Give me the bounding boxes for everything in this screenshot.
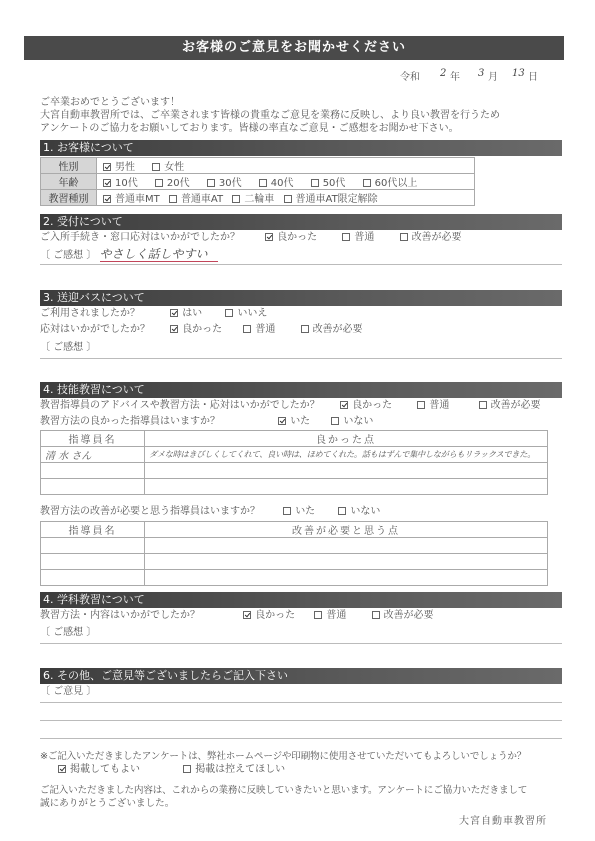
- good-points-header: 良かった点: [145, 431, 548, 447]
- improve-instructor-yes-option[interactable]: いた: [283, 505, 315, 519]
- instructor-advice-good-option[interactable]: 良かった: [340, 399, 392, 413]
- good-instructor-no-option[interactable]: いない: [331, 415, 373, 429]
- comment-line[interactable]: [40, 720, 562, 721]
- good-instructor-row: 教習方法の良かった指導員はいますか？ いた いない: [40, 415, 387, 429]
- age-row: 年齢 10代 20代 30代 40代 50代 60代以上: [41, 174, 475, 190]
- classroom-comment-label: 〔 ご感想 〕: [40, 627, 96, 638]
- good-points-cell[interactable]: ダメな時はきびしくしてくれて、良い時は、ほめてくれた。話もはずんで集中しながらも…: [145, 447, 548, 463]
- age-20s-option[interactable]: 20代: [155, 174, 190, 189]
- intro-line-2: 大宮自動車教習所では、ご卒業されます皆様の貴重なご意見を業務に反映し、より良い教…: [40, 109, 500, 122]
- improve-instructor-table: 指導員名 改善が必要と思う点: [40, 521, 548, 586]
- publish-question: ※ご記入いただきましたアンケートは、弊社ホームページや印刷物に使用させていただい…: [40, 750, 526, 764]
- reception-normal-option[interactable]: 普通: [342, 231, 374, 245]
- checkbox-icon[interactable]: [417, 401, 425, 409]
- age-30s-option[interactable]: 30代: [207, 174, 242, 189]
- bus-usage-yes-option[interactable]: はい: [170, 307, 202, 321]
- table-header-row: 指導員名 改善が必要と思う点: [41, 522, 548, 538]
- table-row: [41, 538, 548, 554]
- table-row: [41, 570, 548, 586]
- age-40s-option[interactable]: 40代: [259, 174, 294, 189]
- bus-service-good-option[interactable]: 良かった: [170, 323, 222, 337]
- checkbox-icon[interactable]: [152, 163, 160, 171]
- classroom-comment-row: 〔 ご感想 〕: [40, 626, 96, 640]
- improve-points-cell[interactable]: [145, 554, 548, 570]
- checkbox-checked-icon[interactable]: [278, 417, 286, 425]
- age-60s-option[interactable]: 60代以上: [363, 174, 418, 189]
- section-customer-header: 1. お客様について: [40, 140, 562, 156]
- gender-row: 性別 男性 女性: [41, 158, 475, 174]
- checkbox-icon[interactable]: [284, 195, 292, 203]
- section-other-opinions-header: 6. その他、ご意見等ございましたらご記入下さい: [40, 668, 562, 684]
- bus-service-row: 応対はいかがでしたか？ 良かった 普通 改善が必要: [40, 323, 377, 337]
- reception-good-option[interactable]: 良かった: [265, 231, 317, 245]
- improve-instructor-no-option[interactable]: いない: [338, 505, 380, 519]
- comment-line[interactable]: [40, 702, 562, 703]
- instructor-advice-question: 教習指導員のアドバイスや教習方法・応対はいかがでしたか？: [40, 399, 337, 413]
- date-year-unit: 年: [450, 68, 460, 83]
- checkbox-icon[interactable]: [243, 325, 251, 333]
- good-points-cell[interactable]: [145, 479, 548, 495]
- thanks-line-2: 誠にありがとうございました。: [40, 797, 174, 811]
- divider: [40, 358, 562, 359]
- table-row: [41, 554, 548, 570]
- reception-question-row: ご入所手続き・窓口応対はいかがでしたか？ 良かった 普通 改善が必要: [40, 231, 476, 245]
- bus-comment-label: 〔 ご感想 〕: [40, 342, 96, 353]
- classroom-question: 教習方法・内容はいかがでしたか？: [40, 609, 240, 623]
- good-instructor-question: 教習方法の良かった指導員はいますか？: [40, 415, 275, 429]
- bus-comment-row: 〔 ご感想 〕: [40, 341, 96, 355]
- instructor-advice-improve-option[interactable]: 改善が必要: [479, 399, 541, 413]
- checkbox-checked-icon[interactable]: [58, 765, 66, 773]
- checkbox-icon[interactable]: [363, 179, 371, 187]
- table-row: [41, 479, 548, 495]
- divider: [40, 264, 562, 265]
- classroom-question-row: 教習方法・内容はいかがでしたか？ 良かった 普通 改善が必要: [40, 609, 448, 623]
- other-comment-row: 〔 ご意見 〕: [40, 685, 96, 699]
- school-signature: 大宮自動車教習所: [459, 812, 547, 827]
- reception-comment-field[interactable]: やさしく話しやすい: [100, 247, 218, 262]
- bus-usage-no-option[interactable]: いいえ: [225, 307, 267, 321]
- classroom-improve-option[interactable]: 改善が必要: [372, 609, 434, 623]
- bus-usage-question: ご利用されましたか？: [40, 307, 167, 321]
- instructor-name-cell[interactable]: [41, 463, 145, 479]
- improve-points-cell[interactable]: [145, 570, 548, 586]
- instructor-name-header: 指導員名: [41, 431, 145, 447]
- table-row: 清 水 さん ダメな時はきびしくしてくれて、良い時は、ほめてくれた。話もはずんで…: [41, 447, 548, 463]
- checkbox-icon[interactable]: [283, 507, 291, 515]
- form-title: お客様のご意見をお聞かせください: [24, 36, 564, 60]
- checkbox-icon[interactable]: [155, 179, 163, 187]
- date-era: 令和: [400, 68, 420, 83]
- checkbox-icon[interactable]: [301, 325, 309, 333]
- section-reception-header: 2. 受付について: [40, 214, 562, 230]
- checkbox-checked-icon[interactable]: [265, 233, 273, 241]
- checkbox-checked-icon[interactable]: [103, 195, 111, 203]
- date-day-unit: 日: [528, 68, 538, 83]
- checkbox-icon[interactable]: [311, 179, 319, 187]
- improve-points-cell[interactable]: [145, 538, 548, 554]
- instructor-name-cell[interactable]: [41, 570, 145, 586]
- publish-allow-option[interactable]: 掲載してもよい: [58, 763, 140, 777]
- intro-greeting: ご卒業おめでとうございます！: [40, 96, 180, 109]
- checkbox-checked-icon[interactable]: [243, 611, 251, 619]
- section-shuttle-bus-header: 3. 送迎バスについて: [40, 290, 562, 306]
- instructor-name-cell[interactable]: [41, 554, 145, 570]
- checkbox-icon[interactable]: [169, 195, 177, 203]
- bus-service-improve-option[interactable]: 改善が必要: [301, 323, 363, 337]
- course-type-label: 教習種別: [41, 190, 97, 206]
- date-year[interactable]: 2: [440, 68, 446, 79]
- checkbox-checked-icon[interactable]: [170, 325, 178, 333]
- good-points-cell[interactable]: [145, 463, 548, 479]
- divider: [40, 643, 562, 644]
- classroom-normal-option[interactable]: 普通: [314, 609, 346, 623]
- good-instructor-yes-option[interactable]: いた: [278, 415, 310, 429]
- gender-male-option[interactable]: 男性: [103, 158, 135, 173]
- table-row: [41, 463, 548, 479]
- course-motorcycle-option[interactable]: 二輪車: [232, 190, 274, 205]
- date-month-unit: 月: [488, 68, 498, 83]
- checkbox-icon[interactable]: [479, 401, 487, 409]
- checkbox-icon[interactable]: [372, 611, 380, 619]
- gender-label: 性別: [41, 158, 97, 174]
- reception-comment-row: 〔 ご感想 〕 やさしく話しやすい: [40, 247, 218, 263]
- bus-usage-row: ご利用されましたか？ はい いいえ: [40, 307, 281, 321]
- checkbox-checked-icon[interactable]: [103, 163, 111, 171]
- checkbox-icon[interactable]: [183, 765, 191, 773]
- comment-line[interactable]: [40, 738, 562, 739]
- date-day[interactable]: 13: [512, 68, 525, 79]
- checkbox-icon[interactable]: [232, 195, 240, 203]
- checkbox-checked-icon[interactable]: [340, 401, 348, 409]
- section-classroom-lesson-header: 4. 学科教習について: [40, 592, 562, 608]
- publish-options-row: 掲載してもよい 掲載は控えてほしい: [58, 763, 299, 777]
- bus-service-question: 応対はいかがでしたか？: [40, 323, 167, 337]
- thanks-line-1: ご記入いただきました内容は、これからの業務に反映していきたいと思います。アンケー…: [40, 784, 527, 798]
- instructor-name-cell[interactable]: 清 水 さん: [41, 447, 145, 463]
- checkbox-icon[interactable]: [259, 179, 267, 187]
- section-driving-lesson-header: 4. 技能教習について: [40, 382, 562, 398]
- checkbox-icon[interactable]: [225, 309, 233, 317]
- intro-line-3: アンケートのご協力をお願いしております。皆様の率直なご意見・ご感想をお聞かせ下さ…: [40, 122, 459, 135]
- course-type-row: 教習種別 普通車MT 普通車AT 二輪車 普通車AT限定解除: [41, 190, 475, 206]
- other-comment-label: 〔 ご意見 〕: [40, 686, 96, 697]
- checkbox-icon[interactable]: [342, 233, 350, 241]
- age-label: 年齢: [41, 174, 97, 190]
- good-instructor-table: 指導員名 良かった点 清 水 さん ダメな時はきびしくしてくれて、良い時は、ほめ…: [40, 430, 548, 495]
- gender-female-option[interactable]: 女性: [152, 158, 184, 173]
- instructor-name-cell[interactable]: [41, 479, 145, 495]
- age-10s-option[interactable]: 10代: [103, 174, 138, 189]
- table-header-row: 指導員名 良かった点: [41, 431, 548, 447]
- course-mt-option[interactable]: 普通車MT: [103, 190, 160, 205]
- customer-info-table: 性別 男性 女性 年齢 10代 20代 30代 40代 50代 60代以上 教習…: [40, 157, 475, 206]
- publish-decline-option[interactable]: 掲載は控えてほしい: [183, 763, 285, 777]
- instructor-name-cell[interactable]: [41, 538, 145, 554]
- instructor-name-header: 指導員名: [41, 522, 145, 538]
- improve-points-header: 改善が必要と思う点: [145, 522, 548, 538]
- course-at-limit-release-option[interactable]: 普通車AT限定解除: [284, 190, 378, 205]
- improve-instructor-row: 教習方法の改善が必要と思う指導員はいますか？ いた いない: [40, 505, 394, 519]
- improve-instructor-question: 教習方法の改善が必要と思う指導員はいますか？: [40, 505, 280, 519]
- checkbox-icon[interactable]: [331, 417, 339, 425]
- checkbox-checked-icon[interactable]: [103, 179, 111, 187]
- course-at-option[interactable]: 普通車AT: [169, 190, 223, 205]
- bus-service-normal-option[interactable]: 普通: [243, 323, 275, 337]
- checkbox-icon[interactable]: [338, 507, 346, 515]
- date-month[interactable]: 3: [478, 68, 484, 79]
- checkbox-icon[interactable]: [207, 179, 215, 187]
- reception-comment-label: 〔 ご感想 〕: [40, 250, 96, 261]
- instructor-advice-row: 教習指導員のアドバイスや教習方法・応対はいかがでしたか？ 良かった 普通 改善が…: [40, 399, 555, 413]
- instructor-advice-normal-option[interactable]: 普通: [417, 399, 449, 413]
- reception-question: ご入所手続き・窓口応対はいかがでしたか？: [40, 231, 262, 245]
- classroom-good-option[interactable]: 良かった: [243, 609, 295, 623]
- checkbox-icon[interactable]: [314, 611, 322, 619]
- checkbox-checked-icon[interactable]: [170, 309, 178, 317]
- age-50s-option[interactable]: 50代: [311, 174, 346, 189]
- checkbox-icon[interactable]: [400, 233, 408, 241]
- reception-improve-option[interactable]: 改善が必要: [400, 231, 462, 245]
